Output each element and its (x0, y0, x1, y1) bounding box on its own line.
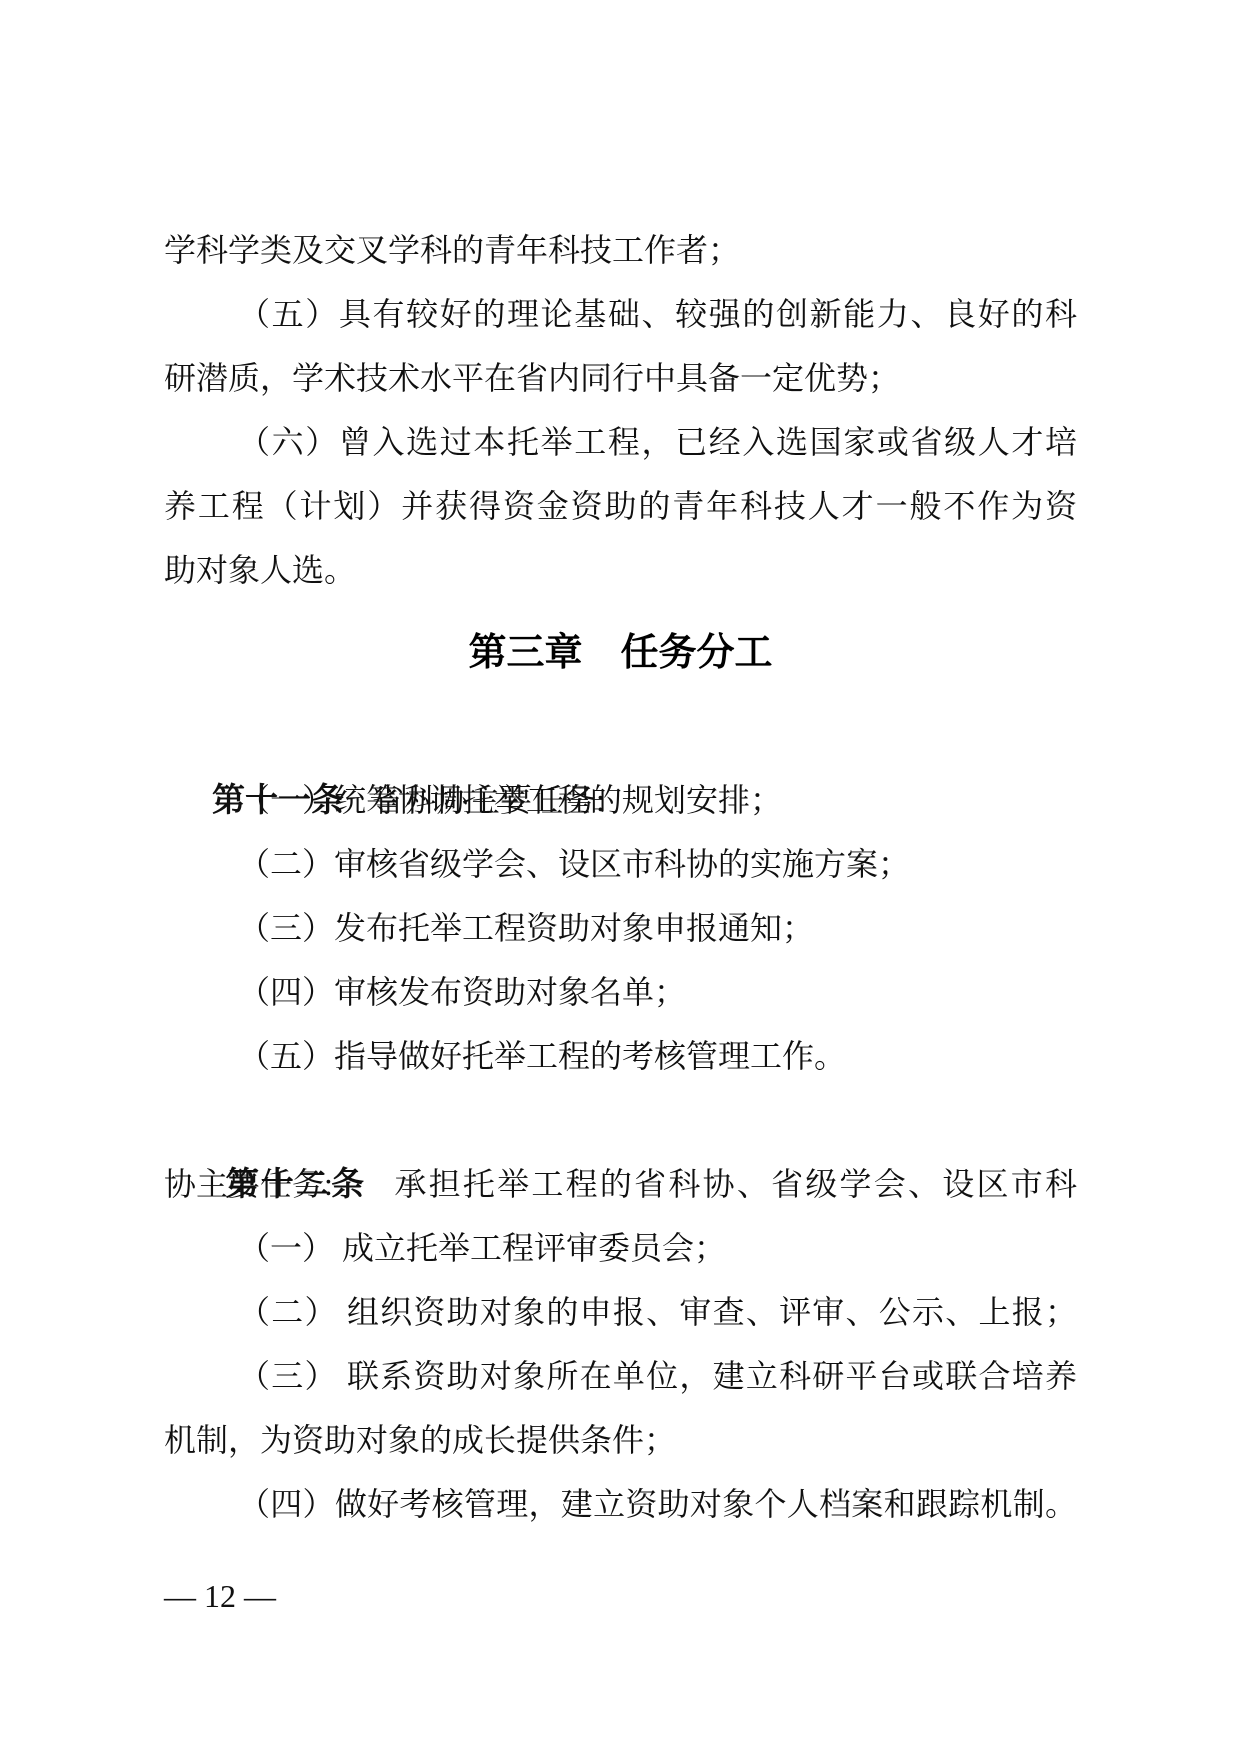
paragraph-line: 机制，为资助对象的成长提供条件； (164, 1408, 1077, 1472)
paragraph-line: （一） 成立托举工程评审委员会； (164, 1216, 1077, 1280)
paragraph-line: （一）统筹协调托举工程的规划安排； (164, 768, 1077, 832)
document-body: 学科学类及交叉学科的青年科技工作者； （五）具有较好的理论基础、较强的创新能力、… (164, 218, 1077, 1536)
chapter-heading: 第三章 任务分工 (164, 621, 1077, 685)
paragraph-line: （六）曾入选过本托举工程，已经入选国家或省级人才培 (164, 410, 1077, 474)
paragraph-line: （二）审核省级学会、设区市科协的实施方案； (164, 832, 1077, 896)
clause-line: 第十二条承担托举工程的省科协、省级学会、设区市科 (164, 1088, 1077, 1152)
paragraph-line: 学科学类及交叉学科的青年科技工作者； (164, 218, 1077, 282)
paragraph-line: 研潜质，学术技术水平在省内同行中具备一定优势； (164, 346, 1077, 410)
clause-text: 承担托举工程的省科协、省级学会、设区市科 (394, 1166, 1077, 1202)
paragraph-line: （五）具有较好的理论基础、较强的创新能力、良好的科 (164, 282, 1077, 346)
paragraph-line: （五）指导做好托举工程的考核管理工作。 (164, 1024, 1077, 1088)
clause-line: 第十一条省科协主要任务: (164, 704, 1077, 768)
document-page: 学科学类及交叉学科的青年科技工作者； （五）具有较好的理论基础、较强的创新能力、… (0, 0, 1241, 1754)
paragraph-line: 助对象人选。 (164, 538, 1077, 602)
paragraph-line: （四）审核发布资助对象名单； (164, 960, 1077, 1024)
paragraph-line: （四）做好考核管理，建立资助对象个人档案和跟踪机制。 (164, 1472, 1077, 1536)
page-number: — 12 — (164, 1572, 276, 1620)
paragraph-line: 养工程（计划）并获得资金资助的青年科技人才一般不作为资 (164, 474, 1077, 538)
paragraph-line: （三） 联系资助对象所在单位，建立科研平台或联合培养 (164, 1344, 1077, 1408)
paragraph-line: （三）发布托举工程资助对象申报通知； (164, 896, 1077, 960)
paragraph-line: （二） 组织资助对象的申报、审查、评审、公示、上报； (164, 1280, 1077, 1344)
